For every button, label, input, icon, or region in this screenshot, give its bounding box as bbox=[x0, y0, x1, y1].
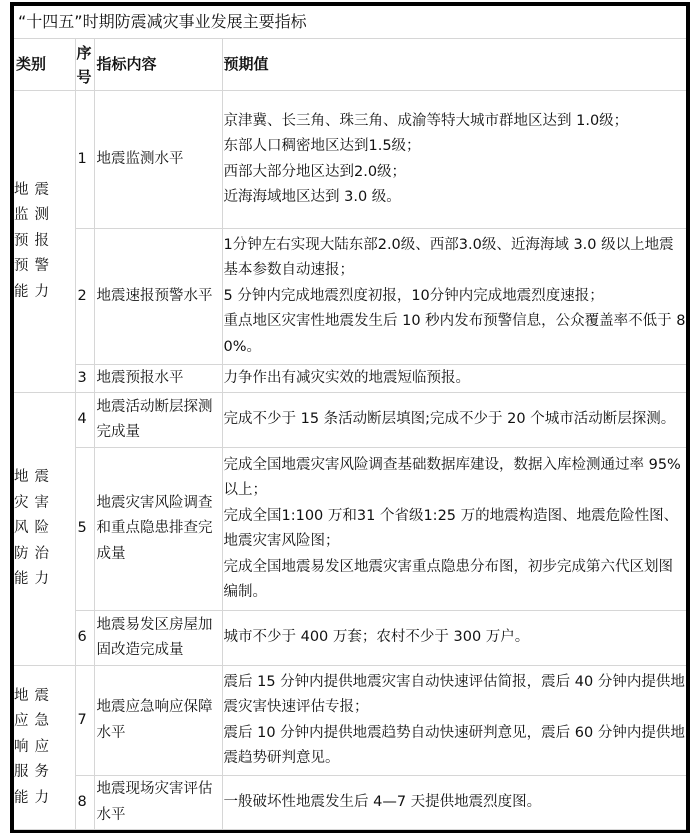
seq-cell: 5 bbox=[75, 448, 94, 611]
expected-value-cell: 1分钟左右实现大陆东部2.0级、西部3.0级、近海海域 3.0 级以上地震基本参… bbox=[222, 229, 686, 365]
value-line: 震后 10 分钟内提供地震趋势自动快速研判意见，震后 60 分钟内提供地震趋势研… bbox=[224, 721, 687, 772]
header-category: 类别 bbox=[14, 39, 75, 91]
indicator-table: “十四五”时期防震减灾事业发展主要指标 类别 序号 指标内容 预期值 地震监测预… bbox=[14, 6, 686, 830]
table-header-row: 类别 序号 指标内容 预期值 bbox=[14, 39, 686, 91]
header-expected: 预期值 bbox=[222, 39, 686, 91]
category-cell: 地震监测预报预警能力 bbox=[14, 91, 75, 393]
seq-cell: 4 bbox=[75, 393, 94, 448]
header-indicator: 指标内容 bbox=[94, 39, 222, 91]
seq-cell: 6 bbox=[75, 611, 94, 666]
value-line: 完成全国地震灾害风险调查基础数据库建设，数据入库检测通过率 95%以上； bbox=[224, 453, 687, 504]
indicator-cell: 地震应急响应保障水平 bbox=[94, 666, 222, 776]
value-line: 京津冀、长三角、珠三角、成渝等特大城市群地区达到 1.0级； bbox=[224, 109, 687, 135]
table-row: 6 地震易发区房屋加固改造完成量 城市不少于 400 万套；农村不少于 300 … bbox=[14, 611, 686, 666]
indicator-cell: 地震监测水平 bbox=[94, 91, 222, 229]
value-line: 力争作出有减灾实效的地震短临预报。 bbox=[224, 366, 687, 392]
indicator-cell: 地震活动断层探测完成量 bbox=[94, 393, 222, 448]
value-line: 完成全国地震易发区地震灾害重点隐患分布图，初步完成第六代区划图编制。 bbox=[224, 555, 687, 606]
header-seq: 序号 bbox=[75, 39, 94, 91]
value-line: 震后 15 分钟内提供地震灾害自动快速评估简报，震后 40 分钟内提供地震灾害快… bbox=[224, 670, 687, 721]
value-line: 完成全国1:100 万和31 个省级1:25 万的地震构造图、地震危险性图、地震… bbox=[224, 504, 687, 555]
indicator-cell: 地震灾害风险调查和重点隐患排查完成量 bbox=[94, 448, 222, 611]
value-line: 一般破坏性地震发生后 4—7 天提供地震烈度图。 bbox=[224, 790, 687, 816]
indicator-cell: 地震易发区房屋加固改造完成量 bbox=[94, 611, 222, 666]
table-row: 地震监测预报预警能力 1 地震监测水平 京津冀、长三角、珠三角、成渝等特大城市群… bbox=[14, 91, 686, 229]
seq-cell: 1 bbox=[75, 91, 94, 229]
expected-value-cell: 完成不少于 15 条活动断层填图;完成不少于 20 个城市活动断层探测。 bbox=[222, 393, 686, 448]
table-row: 3 地震预报水平 力争作出有减灾实效的地震短临预报。 bbox=[14, 365, 686, 393]
expected-value-cell: 完成全国地震灾害风险调查基础数据库建设，数据入库检测通过率 95%以上； 完成全… bbox=[222, 448, 686, 611]
expected-value-cell: 京津冀、长三角、珠三角、成渝等特大城市群地区达到 1.0级； 东部人口稠密地区达… bbox=[222, 91, 686, 229]
seq-cell: 8 bbox=[75, 776, 94, 830]
table-row: 5 地震灾害风险调查和重点隐患排查完成量 完成全国地震灾害风险调查基础数据库建设… bbox=[14, 448, 686, 611]
table-title: “十四五”时期防震减灾事业发展主要指标 bbox=[14, 6, 686, 39]
value-line: 重点地区灾害性地震发生后 10 秒内发布预警信息，公众覆盖率不低于 80%。 bbox=[224, 309, 687, 360]
indicator-cell: 地震现场灾害评估水平 bbox=[94, 776, 222, 830]
expected-value-cell: 力争作出有减灾实效的地震短临预报。 bbox=[222, 365, 686, 393]
value-line: 1分钟左右实现大陆东部2.0级、西部3.0级、近海海域 3.0 级以上地震基本参… bbox=[224, 233, 687, 284]
table-row: 地震灾害风险防治能力 4 地震活动断层探测完成量 完成不少于 15 条活动断层填… bbox=[14, 393, 686, 448]
expected-value-cell: 一般破坏性地震发生后 4—7 天提供地震烈度图。 bbox=[222, 776, 686, 830]
table-row: 地震应急响应服务能力 7 地震应急响应保障水平 震后 15 分钟内提供地震灾害自… bbox=[14, 666, 686, 776]
value-line: 完成不少于 15 条活动断层填图;完成不少于 20 个城市活动断层探测。 bbox=[224, 407, 687, 433]
table-row: 8 地震现场灾害评估水平 一般破坏性地震发生后 4—7 天提供地震烈度图。 bbox=[14, 776, 686, 830]
value-line: 城市不少于 400 万套；农村不少于 300 万户。 bbox=[224, 625, 687, 651]
table-row: 2 地震速报预警水平 1分钟左右实现大陆东部2.0级、西部3.0级、近海海域 3… bbox=[14, 229, 686, 365]
category-cell: 地震应急响应服务能力 bbox=[14, 666, 75, 830]
expected-value-cell: 城市不少于 400 万套；农村不少于 300 万户。 bbox=[222, 611, 686, 666]
value-line: 西部大部分地区达到2.0级； bbox=[224, 160, 687, 186]
indicator-cell: 地震预报水平 bbox=[94, 365, 222, 393]
category-cell: 地震灾害风险防治能力 bbox=[14, 393, 75, 666]
expected-value-cell: 震后 15 分钟内提供地震灾害自动快速评估简报，震后 40 分钟内提供地震灾害快… bbox=[222, 666, 686, 776]
value-line: 近海海域地区达到 3.0 级。 bbox=[224, 185, 687, 211]
seq-cell: 3 bbox=[75, 365, 94, 393]
indicator-table-frame: “十四五”时期防震减灾事业发展主要指标 类别 序号 指标内容 预期值 地震监测预… bbox=[10, 2, 690, 833]
table-title-row: “十四五”时期防震减灾事业发展主要指标 bbox=[14, 6, 686, 39]
seq-cell: 2 bbox=[75, 229, 94, 365]
seq-cell: 7 bbox=[75, 666, 94, 776]
indicator-cell: 地震速报预警水平 bbox=[94, 229, 222, 365]
value-line: 东部人口稠密地区达到1.5级； bbox=[224, 134, 687, 160]
value-line: 5 分钟内完成地震烈度初报，10分钟内完成地震烈度速报； bbox=[224, 284, 687, 310]
